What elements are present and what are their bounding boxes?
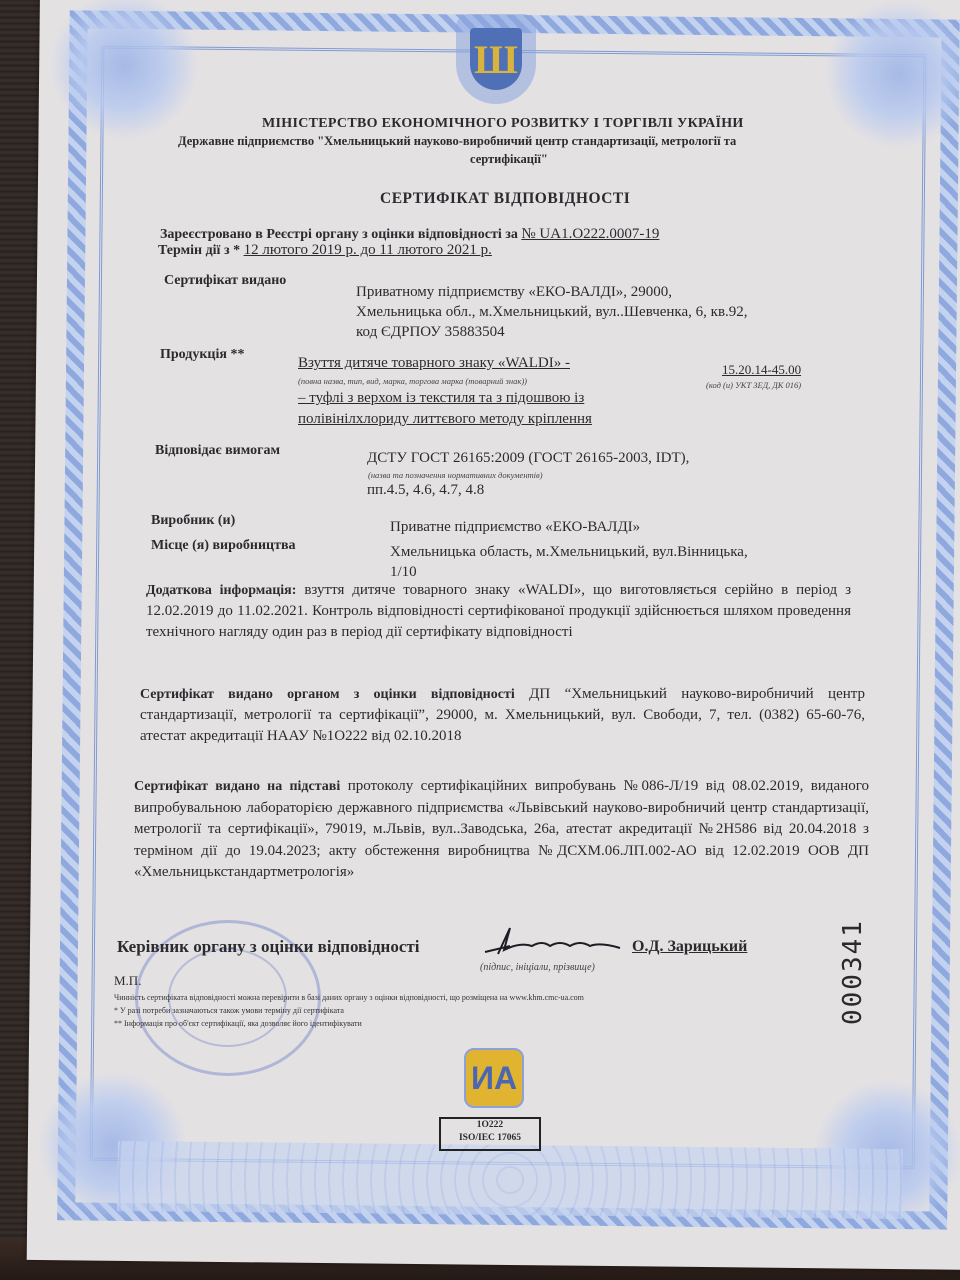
validity-term: Термін дії з * 12 лютого 2019 р. до 11 л… xyxy=(158,242,492,259)
production-place-label: Місце (я) виробництва xyxy=(151,538,296,554)
signature-scribble xyxy=(480,924,630,958)
manufacturer-value: Приватне підприємство «ЕКО-ВАЛДІ» xyxy=(390,519,640,536)
issued-to-line: код ЄДРПОУ 35883504 xyxy=(356,324,505,341)
production-place-value-cont: 1/10 xyxy=(390,564,417,581)
product-code-hint: (код (и) УКТ ЗЕД, ДК 016) xyxy=(706,380,801,390)
head-of-body-label: Керівник органу з оцінки відповідності xyxy=(117,937,419,957)
serial-number: 000341 xyxy=(838,919,868,1025)
product-line: – туфлі з верхом із текстиля та з підошв… xyxy=(298,390,584,407)
requirements-standard: ДСТУ ГОСТ 26165:2009 (ГОСТ 26165-2003, I… xyxy=(367,450,689,467)
product-hint: (повна назва, тип, вид, марка, торгова м… xyxy=(298,376,527,386)
product-label: Продукція ** xyxy=(160,347,244,363)
accreditation-box: 1O222 ISO/IEC 17065 xyxy=(439,1117,541,1151)
ministry-name: МІНІСТЕРСТВО ЕКОНОМІЧНОГО РОЗВИТКУ І ТОР… xyxy=(262,116,744,132)
requirements-hint: (назва та позначення нормативних докумен… xyxy=(368,470,543,480)
product-line: полівінілхлориду литтєвого методу кріпле… xyxy=(298,411,592,428)
additional-info: Додаткова інформація: взуття дитяче това… xyxy=(146,580,851,643)
signature-hint: (підпис, ініціали, прізвище) xyxy=(480,962,595,973)
term-label: Термін дії з * xyxy=(158,243,240,258)
footnote: Чинність сертифіката відповідності можна… xyxy=(114,993,584,1002)
enterprise-name-cont: сертифікації" xyxy=(470,152,548,167)
issued-to-line: Приватному підприємству «ЕКО-ВАЛДІ», 290… xyxy=(356,284,672,301)
basis-label: Сертифікат видано на підставі xyxy=(134,779,340,794)
issued-to-label: Сертифікат видано xyxy=(164,273,286,289)
ukraine-trident-icon: Ш xyxy=(470,28,522,90)
registration-number: № UA1.O222.0007-19 xyxy=(521,226,659,242)
issued-to-line: Хмельницька обл., м.Хмельницький, вул..Ш… xyxy=(356,304,748,321)
accreditation-number: 1O222 xyxy=(441,1119,539,1132)
certificate-content: Ш МІНІСТЕРСТВО ЕКОНОМІЧНОГО РОЗВИТКУ І Т… xyxy=(0,0,960,1280)
requirements-clauses: пп.4.5, 4.6, 4.7, 4.8 xyxy=(367,482,484,499)
naau-accreditation-logo: ИA xyxy=(464,1048,524,1108)
footnote: ** Інформація про об'єкт сертифікації, я… xyxy=(114,1019,362,1028)
certificate-title: СЕРТИФІКАТ ВІДПОВІДНОСТІ xyxy=(380,190,630,208)
signatory-name: О.Д. Зарицький xyxy=(632,938,747,956)
enterprise-name: Державне підприємство "Хмельницький наук… xyxy=(178,134,736,149)
production-place-value: Хмельницька область, м.Хмельницький, вул… xyxy=(390,544,748,561)
footnote: * У разі потреби зазначаються також умов… xyxy=(114,1006,344,1015)
product-code: 15.20.14-45.00 xyxy=(722,362,801,378)
product-line: Взуття дитяче товарного знаку «WALDI» - xyxy=(298,355,570,372)
seal-label: М.П. xyxy=(114,973,141,989)
certificate-basis: Сертифікат видано на підставі протоколу … xyxy=(134,776,869,884)
registration-label: Зареєстровано в Реєстрі органу з оцінки … xyxy=(160,227,518,242)
issuing-body: Сертифікат видано органом з оцінки відпо… xyxy=(140,684,865,747)
issuing-body-label: Сертифікат видано органом з оцінки відпо… xyxy=(140,687,515,702)
registration-line: Зареєстровано в Реєстрі органу з оцінки … xyxy=(160,226,659,243)
additional-info-label: Додаткова інформація: xyxy=(146,583,296,598)
term-value: 12 лютого 2019 р. до 11 лютого 2021 р. xyxy=(244,242,492,258)
requirements-label: Відповідає вимогам xyxy=(155,443,280,459)
manufacturer-label: Виробник (и) xyxy=(151,513,235,529)
accreditation-standard: ISO/IEC 17065 xyxy=(441,1132,539,1145)
